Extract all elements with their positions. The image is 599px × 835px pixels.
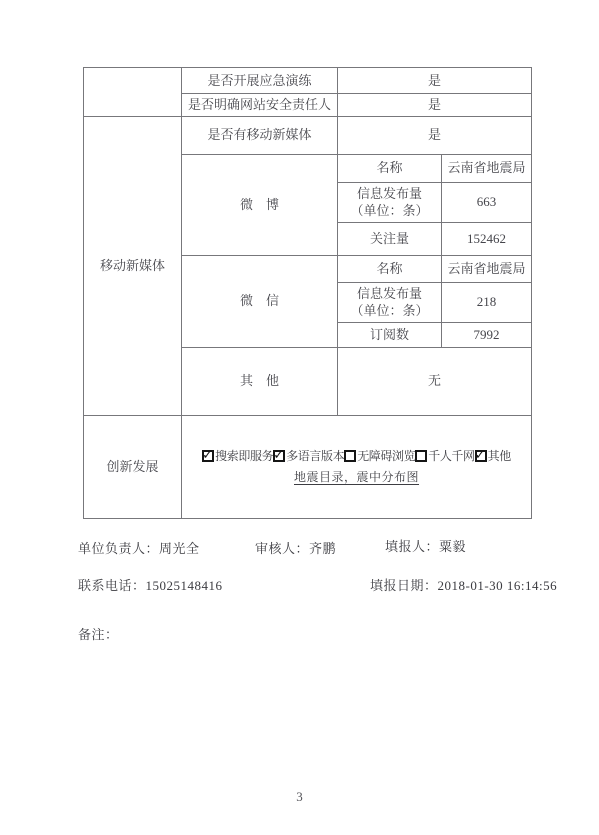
value-has-mobile-media: 是: [338, 116, 532, 154]
label-other-media: 其 他: [182, 347, 338, 415]
report-date-label: 填报日期：: [370, 578, 438, 593]
unit-head-field: 单位负责人：周光全: [78, 538, 200, 557]
checkbox-other-label: 其他: [488, 449, 511, 463]
label-weibo-followers: 关注量: [338, 222, 442, 255]
innovation-content-cell: 搜索即服务多语言版本无障碍浏览千人千网其他 地震目录，震中分布图: [182, 415, 532, 518]
value-security-officer: 是: [338, 94, 532, 117]
unit-head-value: 周光全: [159, 541, 200, 556]
group-label-innovation: 创新发展: [84, 415, 182, 518]
label-wechat-publications: 信息发布量 （单位：条）: [338, 282, 442, 322]
document-page: 是否开展应急演练 是 是否明确网站安全责任人 是 移动新媒体 是否有移动新媒体 …: [0, 0, 599, 835]
value-wechat-name: 云南省地震局: [442, 255, 532, 282]
table-row: 是否开展应急演练 是: [84, 68, 532, 94]
value-wechat-subscribers: 7992: [442, 322, 532, 347]
label-wechat-publications-line2: （单位：条）: [342, 302, 437, 320]
value-emergency-drill: 是: [338, 68, 532, 94]
checkbox-search-as-service-icon: [202, 450, 214, 462]
value-weibo-publications: 663: [442, 182, 532, 222]
label-weibo-publications-line1: 信息发布量: [342, 185, 437, 203]
label-weibo-name: 名称: [338, 154, 442, 182]
filler-field: 填报人：粟毅: [385, 536, 466, 555]
innovation-options-line: 搜索即服务多语言版本无障碍浏览千人千网其他: [186, 448, 527, 464]
label-weibo-publications: 信息发布量 （单位：条）: [338, 182, 442, 222]
checkbox-multilingual-icon: [273, 450, 285, 462]
table-row: 创新发展 搜索即服务多语言版本无障碍浏览千人千网其他 地震目录，震中分布图: [84, 415, 532, 518]
report-date-field: 填报日期：2018-01-30 16:14:56: [370, 575, 557, 594]
filler-value: 粟毅: [439, 539, 466, 554]
reviewer-field: 审核人：齐鹏: [255, 538, 336, 557]
label-has-mobile-media: 是否有移动新媒体: [182, 116, 338, 154]
report-date-value: 2018-01-30 16:14:56: [438, 578, 558, 593]
group-label-mobile-media: 移动新媒体: [84, 116, 182, 415]
report-table: 是否开展应急演练 是 是否明确网站安全责任人 是 移动新媒体 是否有移动新媒体 …: [83, 67, 532, 519]
remarks-field: 备注：: [78, 624, 119, 643]
checkbox-multilingual-label: 多语言版本: [286, 449, 344, 463]
phone-value: 15025148416: [146, 578, 223, 593]
group-label-weibo: 微 博: [182, 154, 338, 255]
checkbox-personalized-web-icon: [415, 450, 427, 462]
remarks-label: 备注：: [78, 627, 119, 642]
innovation-other-note: 地震目录，震中分布图: [294, 469, 419, 485]
label-wechat-name: 名称: [338, 255, 442, 282]
value-weibo-name: 云南省地震局: [442, 154, 532, 182]
value-other-media: 无: [338, 347, 532, 415]
phone-label: 联系电话：: [78, 578, 146, 593]
group-label-wechat: 微 信: [182, 255, 338, 347]
checkbox-accessibility-icon: [344, 450, 356, 462]
left-header-empty-cell: [84, 68, 182, 117]
checkbox-search-as-service-label: 搜索即服务: [215, 449, 273, 463]
table-row: 移动新媒体 是否有移动新媒体 是: [84, 116, 532, 154]
label-emergency-drill: 是否开展应急演练: [182, 68, 338, 94]
checkbox-accessibility-label: 无障碍浏览: [357, 449, 415, 463]
checkbox-personalized-web-label: 千人千网: [428, 449, 474, 463]
page-number: 3: [0, 789, 599, 805]
label-security-officer: 是否明确网站安全责任人: [182, 94, 338, 117]
checkbox-other-icon: [475, 450, 487, 462]
value-weibo-followers: 152462: [442, 222, 532, 255]
unit-head-label: 单位负责人：: [78, 541, 159, 556]
value-wechat-publications: 218: [442, 282, 532, 322]
label-wechat-publications-line1: 信息发布量: [342, 285, 437, 303]
label-wechat-subscribers: 订阅数: [338, 322, 442, 347]
filler-label: 填报人：: [385, 539, 439, 554]
reviewer-label: 审核人：: [255, 541, 309, 556]
label-weibo-publications-line2: （单位：条）: [342, 202, 437, 220]
reviewer-value: 齐鹏: [309, 541, 336, 556]
phone-field: 联系电话：15025148416: [78, 575, 223, 594]
